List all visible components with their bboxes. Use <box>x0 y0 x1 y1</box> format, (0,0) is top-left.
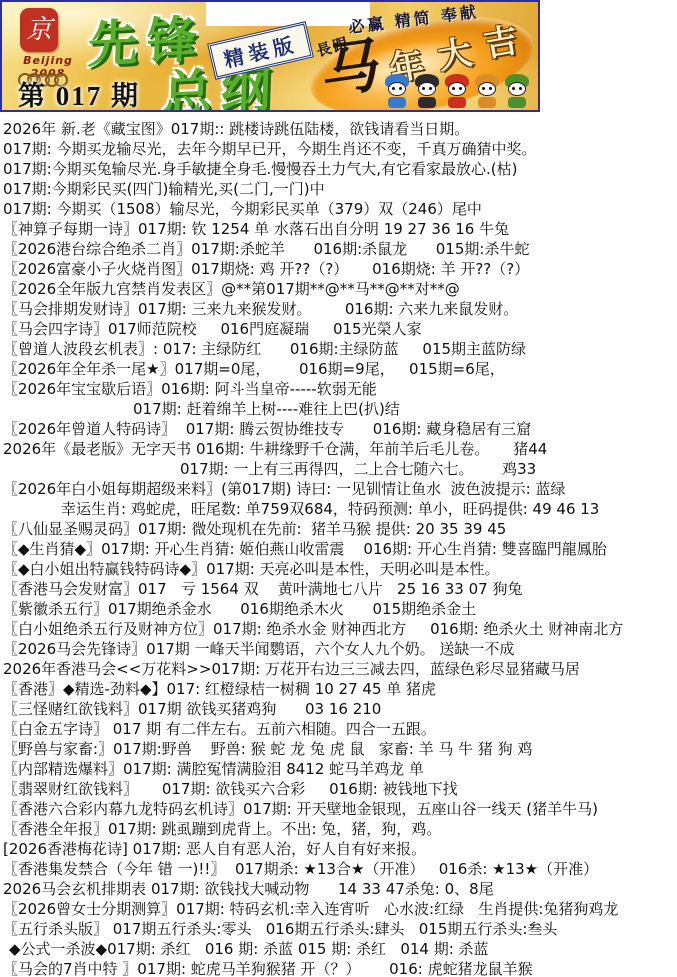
fuwa-mascot-huanhuan-icon <box>444 74 470 108</box>
content-line: [2026香港梅花诗] 017期: 恶人自有恶人治，好人自有好来报。 <box>3 839 675 859</box>
fuwa-mascot-beibei-icon <box>384 74 410 108</box>
content-line: 〖2026全年版九宫禁肖发表区〗@**第017期**@**马**@**对**@ <box>3 279 675 299</box>
content-line: 〖香港全年报〗017期: 跳虱蹦到虎背上。不出: 兔，猪，狗，鸡。 <box>3 819 675 839</box>
content-line: 〖2026富豪小子火烧肖图〗017期烧: 鸡 开??（?） 016期烧: 羊 开… <box>3 259 675 279</box>
horse-calligraphy-glyph: 马 <box>314 36 380 102</box>
content-line: 017期: 赶着绵羊上树----难往上巴(扒)结 <box>3 399 675 419</box>
fuwa-mascot-jingjing-icon <box>414 74 440 108</box>
content-line: 2026年《最老版》无字天书 016期: 牛耕缘野千仓满，年前羊后毛儿卷。 猪4… <box>3 439 675 459</box>
content-line: 〖马会排期发财诗〗017期: 三来九来猴发财。 016期: 六来九来鼠发财。 <box>3 299 675 319</box>
fuwa-mascot-nini-icon <box>504 74 530 108</box>
content-line: 〖香港六合彩内幕九龙特码玄机诗〗017期: 开天壁地金银现，五座山谷一线天 (猪… <box>3 799 675 819</box>
fuwa-mascot-yingying-icon <box>474 74 500 108</box>
swoosh-char-da: 大 <box>435 35 474 74</box>
content-line: 〖神算子每期一诗〗017期: 钦 1254 单 水落石出自分明 19 27 36… <box>3 219 675 239</box>
content-line: 2026年香港马会<<万花料>>017期: 万花开右边三三减去四，蓝绿色彩尽显猪… <box>3 659 675 679</box>
content-line: 〖2026曾女士分期测算〗017期: 特码玄机:幸入连宵听 心水波:红绿 生肖提… <box>3 899 675 919</box>
content-line: 〖五行杀头版〗 017期五行杀头:零头 016期五行杀头:肆头 015期五行杀头… <box>3 919 675 939</box>
content-line: 017期: 一上有三再得四，二上合七随六七。 鸡33 <box>3 459 675 479</box>
content-line: 2026年 新.老《藏宝图》017期:: 跳楼诗跳伍陆楼，欲钱请看当日期。 <box>3 119 675 139</box>
content-line: 〖内部精选爆料〗017期: 满腔冤情满脸泪 8412 蛇马羊鸡龙 单 <box>3 759 675 779</box>
header-banner: 京 Beijing 2008 先锋 总纲 第 017 期 精装版 必赢 精简 奉… <box>0 0 540 112</box>
content-line: 2026马会玄机排期表 017期: 欲钱找大喊动物 14 33 47杀兔: 0、… <box>3 879 675 899</box>
content-line: 〖2026年宝宝歇后语〗016期: 阿斗当皇帝-----软弱无能 <box>3 379 675 399</box>
content-line: 〖2026年曾道人特码诗〗 017期: 腾云贺协维技专 016期: 藏身稳居有三… <box>3 419 675 439</box>
content-line: 〖马会四字诗〗017师范院校 016門庭凝瑞 015光榮人家 <box>3 319 675 339</box>
content-line: 017期:今期彩民买(四门)输精光,买(二门,一门)中 <box>3 179 675 199</box>
content-line: 〖2026马会先锋诗〗017期 一峰天半闻鹦语，六个女人九个奶。 送缺一不成 <box>3 639 675 659</box>
swoosh-char-ji: 吉 <box>481 23 520 62</box>
content-line: 〖2026港台综合绝杀二肖〗017期:杀蛇羊 016期:杀鼠龙 015期:杀牛蛇 <box>3 239 675 259</box>
content-line: 〖香港集发禁合（今年 错 一)!!〗 017期杀: ★13合★（开准） 016杀… <box>3 859 675 879</box>
content-line: 〖2026年白小姐每期超级来料〗(第017期) 诗曰: 一见钏情让鱼水 波色波提… <box>3 479 675 499</box>
content-line: ◆公式一杀波◆017期: 杀红 016 期: 杀蓝 015 期: 杀红 014 … <box>3 939 675 959</box>
content-line: 〖香港〗◆精选-劲料◆】017: 红橙绿桔一树稠 10 27 45 单 猪虎 <box>3 679 675 699</box>
content-line: 〖2026年全年杀一尾★〗017期=0尾， 016期=9尾， 015期=6尾， <box>3 359 675 379</box>
lottery-tip-sheet: { "header": { "logo": { "seal_char": "京"… <box>0 0 677 977</box>
content-line: 〖野兽与家畜:〗017期:野兽 野兽: 猴 蛇 龙 兔 虎 鼠 家畜: 羊 马 … <box>3 739 675 759</box>
issue-number-label: 第 017 期 <box>18 74 140 112</box>
content-line: 〖翡翠财红欲钱料〗 017期: 欲钱买六合彩 016期: 被钱地下找 <box>3 779 675 799</box>
content-line: 〖紫徽杀五行〗017期绝杀金水 016期绝杀木火 015期绝杀金土 <box>3 599 675 619</box>
content-line: 〖◆生肖猜◆〗017期: 开心生肖猜: 姬伯燕山收雷震 016期: 开心生肖猜:… <box>3 539 675 559</box>
content-line: 〖◆白小姐出特赢钱特码诗◆〗017期: 天亮必叫是本性，天明必叫是本性。 <box>3 559 675 579</box>
content-lines: 2026年 新.老《藏宝图》017期:: 跳楼诗跳伍陆楼，欲钱请看当日期。017… <box>3 119 675 977</box>
content-line: 〖三怪赌红欲钱料〗017期 欲钱买猪鸡狗 03 16 210 <box>3 699 675 719</box>
content-line: 〖白小姐绝杀五行及财神方位〗017期: 绝杀水金 财神西北方 016期: 绝杀火… <box>3 619 675 639</box>
content-line: 幸运生肖: 鸡蛇虎，旺尾数: 单759双684，特码预测: 单小，旺码提供: 4… <box>3 499 675 519</box>
content-line: 017期: 今期买龙输尽光，去年今期早已开，今期生肖还不变，千真万确猜中奖。 <box>3 139 675 159</box>
content-line: 〖曾道人波段玄机表〗: 017: 主绿防红 016期:主绿防蓝 015期主蓝防绿 <box>3 339 675 359</box>
beijing-olympics-seal-icon: 京 <box>20 8 58 52</box>
content-line: 〖八仙显圣赐灵码〗017期: 微处现机在先前: 猪羊马猴 提供: 20 35 3… <box>3 519 675 539</box>
content-line: 017期:今期买兔输尽光.身手敏捷全身毛.慢慢吞土力气大,有它看家最放心.(枯) <box>3 159 675 179</box>
content-line: 〖白金五字诗〗 017 期 有二伴左右。五前六相随。四合一五跟。 <box>3 719 675 739</box>
content-line: 〖马会的7肖中特 〗017期: 蛇虎马羊狗猴猪 开（？） 016: 虎蛇猪龙鼠羊… <box>3 959 675 977</box>
content-line: 017期: 今期买（1508）输尽光，今期彩民买单（379）双（246）尾中 <box>3 199 675 219</box>
content-line: 〖香港马会发财富〗017 亏 1564 双 黄叶满地七八片 25 16 33 0… <box>3 579 675 599</box>
white-patch <box>206 2 370 26</box>
fuwa-mascots-row <box>384 74 530 108</box>
